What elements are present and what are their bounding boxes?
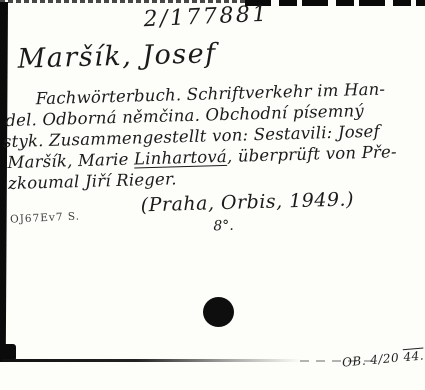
margin-shelf-mark: OJ67Ev7 S.: [10, 210, 80, 225]
imprint: (Praha, Orbis, 1949.): [140, 188, 354, 216]
punch-hole-icon: [203, 297, 234, 327]
handwriting-layer: 2/177881 Maršík, Josef Fachwörterbuch. S…: [0, 0, 425, 390]
accession-note-overlined: 44.: [403, 348, 425, 364]
body-line-4-suffix: , überprüft von Pře-: [227, 142, 397, 166]
body-line-5: zkoumal Jiří Rieger.: [8, 169, 177, 193]
call-number: 2/177881: [143, 2, 269, 33]
body-line-4-prefix: Maršík, Marie: [7, 150, 134, 173]
catalog-card-scan: 2/177881 Maršík, Josef Fachwörterbuch. S…: [0, 0, 425, 390]
underlined-name: Linhartová: [134, 147, 227, 169]
author-heading: Maršík, Josef: [17, 38, 217, 75]
format-designation: 8°.: [213, 218, 234, 235]
